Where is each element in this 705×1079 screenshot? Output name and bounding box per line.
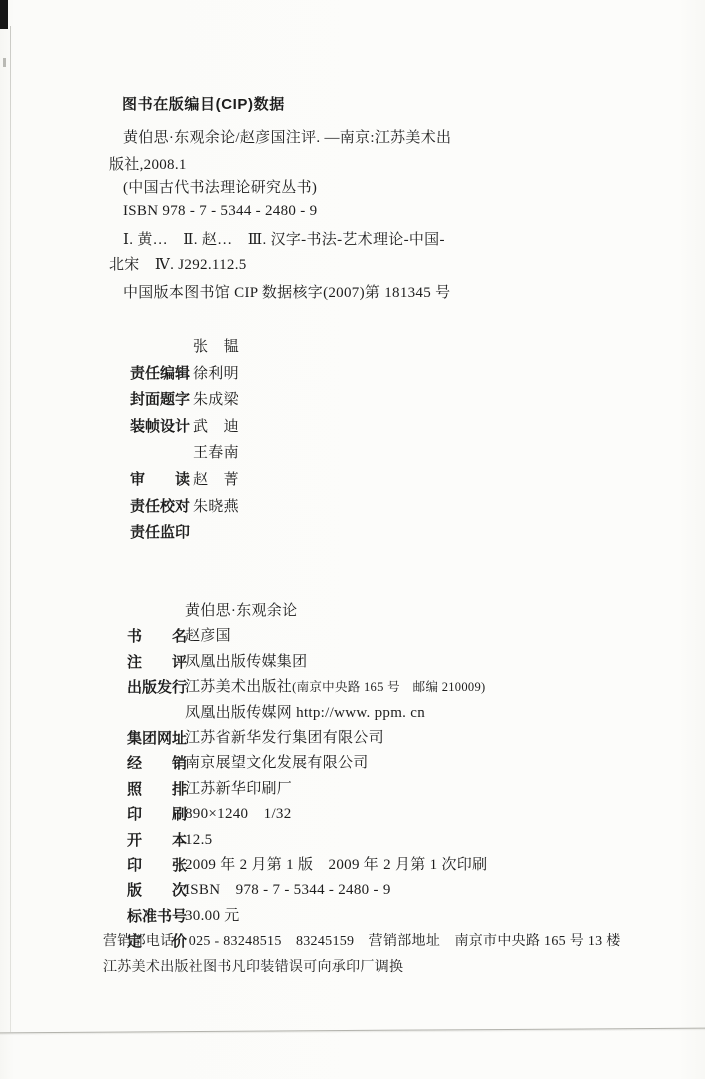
- pubinfo-row-edition: 版 次 2009 年 2 月第 1 版 2009 年 2 月第 1 次印刷: [103, 853, 187, 878]
- pubinfo-value: 南京展望文化发展有限公司: [185, 751, 369, 776]
- staff-row-cover-calligraphy: 封面题字 徐利明: [106, 361, 190, 388]
- pubinfo-row-price: 定 价 30.00 元: [103, 904, 187, 929]
- pubinfo-value: 凤凰出版传媒网 http://www. ppm. cn: [185, 701, 425, 726]
- pubinfo-value: 凤凰出版传媒集团: [185, 650, 307, 675]
- pubinfo-value: 黄伯思·东观余论: [185, 599, 297, 624]
- staff-row-chief-editor: 责任编辑 张 韫: [106, 334, 190, 361]
- pubinfo-value: 江苏新华印刷厂: [185, 777, 292, 802]
- publication-info-section: 书 名 黄伯思·东观余论 注 评 赵彦国 出版发行 凤凰出版传媒集团 江苏美术出…: [103, 599, 187, 929]
- pubinfo-row-annotator: 注 评 赵彦国: [103, 624, 187, 649]
- pubinfo-value: 890×1240 1/32: [185, 802, 292, 827]
- cip-series-note: (中国古代书法理论研究丛书): [123, 179, 317, 197]
- staff-value: 朱晓燕: [193, 494, 239, 521]
- pubinfo-value: 2009 年 2 月第 1 版 2009 年 2 月第 1 次印刷: [185, 853, 487, 878]
- pubinfo-row-format: 开 本 890×1240 1/32: [103, 802, 187, 827]
- staff-label: 责任监印: [130, 520, 190, 547]
- book-colophon-page: 图书在版编目(CIP)数据 黄伯思·东观余论/赵彦国注评. —南京:江苏美术出 …: [0, 0, 705, 1079]
- pubinfo-value: 赵彦国: [185, 624, 231, 649]
- cip-record-number: 中国版本图书馆 CIP 数据核字(2007)第 181345 号: [123, 284, 450, 302]
- staff-section: 责任编辑 张 韫 封面题字 徐利明 装帧设计 朱成梁 武 迪 审 读 王春南 责…: [106, 334, 190, 520]
- marketing-contact-line: 营销部电话 025 - 83248515 83245159 营销部地址 南京市中…: [103, 929, 621, 955]
- cip-header: 图书在版编目(CIP)数据: [122, 93, 285, 114]
- cip-description-line-2: 版社,2008.1: [109, 156, 187, 174]
- pubinfo-value: 12.5: [185, 828, 212, 853]
- staff-value: 赵 菁: [193, 467, 239, 494]
- cip-description-line-1: 黄伯思·东观余论/赵彦国注评. —南京:江苏美术出: [123, 129, 451, 147]
- pubinfo-row-isbn: 标准书号 ISBN 978 - 7 - 5344 - 2480 - 9: [103, 878, 187, 903]
- pubinfo-row-publisher-address: 江苏美术出版社(南京中央路 165 号 邮编 210009): [103, 675, 187, 700]
- pubinfo-row-distributor: 经 销 江苏省新华发行集团有限公司: [103, 726, 187, 751]
- staff-value: 徐利明: [193, 361, 239, 388]
- scan-corner-mark: [0, 0, 8, 29]
- publisher-address: (南京中央路 165 号 邮编 210009): [292, 680, 485, 694]
- pubinfo-row-typesetting: 照 排 南京展望文化发展有限公司: [103, 751, 187, 776]
- staff-value: 张 韫: [193, 334, 239, 361]
- scan-page-fold-line: [10, 26, 11, 1032]
- staff-value: 朱成梁: [193, 387, 239, 414]
- pubinfo-row-publisher: 出版发行 凤凰出版传媒集团: [103, 650, 187, 675]
- misprint-exchange-notice: 江苏美术出版社图书凡印装错误可向承印厂调换: [103, 955, 621, 981]
- staff-row-proofreader: 责任校对 赵 菁: [106, 467, 190, 494]
- staff-value: 王春南: [193, 440, 239, 467]
- pubinfo-value: ISBN 978 - 7 - 5344 - 2480 - 9: [185, 878, 391, 903]
- cip-classification-line-2: 北宋 Ⅳ. J292.112.5: [109, 256, 247, 274]
- staff-row-design-2: 武 迪: [106, 414, 190, 441]
- scan-page-bottom-edge: [0, 1028, 705, 1034]
- pubinfo-row-title: 书 名 黄伯思·东观余论: [103, 599, 187, 624]
- marketing-section: 营销部电话 025 - 83248515 83245159 营销部地址 南京市中…: [103, 929, 621, 981]
- staff-row-reviewer: 审 读 王春南: [106, 440, 190, 467]
- scan-edge-speck: [3, 58, 6, 67]
- pubinfo-value: 江苏美术出版社(南京中央路 165 号 邮编 210009): [185, 675, 485, 700]
- staff-row-print-supervisor: 责任监印 朱晓燕: [106, 494, 190, 521]
- cip-isbn: ISBN 978 - 7 - 5344 - 2480 - 9: [123, 202, 317, 220]
- pubinfo-row-group-website: 集团网址 凤凰出版传媒网 http://www. ppm. cn: [103, 701, 187, 726]
- pubinfo-row-sheets: 印 张 12.5: [103, 828, 187, 853]
- pubinfo-value: 30.00 元: [185, 904, 240, 929]
- staff-value: 武 迪: [193, 414, 239, 441]
- pubinfo-row-printer: 印 刷 江苏新华印刷厂: [103, 777, 187, 802]
- pubinfo-value: 江苏省新华发行集团有限公司: [185, 726, 384, 751]
- publisher-name: 江苏美术出版社: [185, 679, 292, 695]
- staff-row-design: 装帧设计 朱成梁: [106, 387, 190, 414]
- cip-classification-line-1: Ⅰ. 黄… Ⅱ. 赵… Ⅲ. 汉字-书法-艺术理论-中国-: [123, 231, 445, 249]
